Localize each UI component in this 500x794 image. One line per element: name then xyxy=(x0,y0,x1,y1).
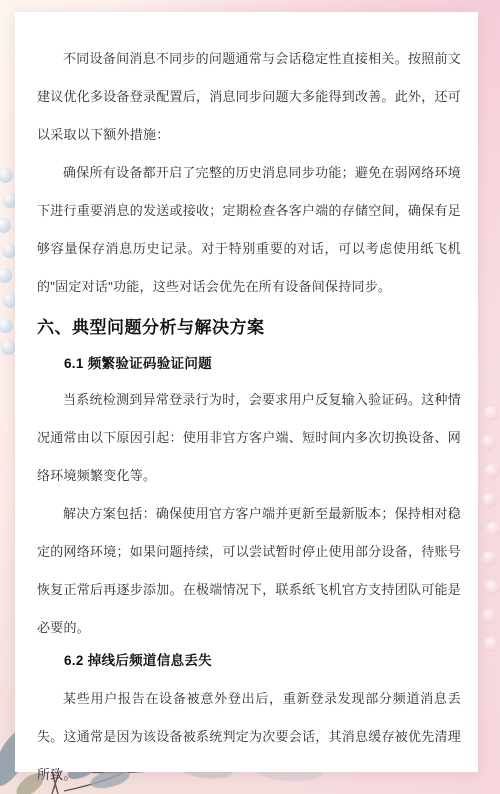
subsection-title-6-1: 6.1 频繁验证码验证问题 xyxy=(37,354,461,373)
pearl-icon xyxy=(0,218,11,233)
paragraph-extra-measures: 确保所有设备都开启了完整的历史消息同步功能；避免在弱网络环境下进行重要消息的发送… xyxy=(37,154,461,306)
pearl-icon xyxy=(486,522,500,537)
pearl-icon xyxy=(1,340,16,355)
pearl-icon xyxy=(0,268,12,283)
section-heading: 六、典型问题分析与解决方案 xyxy=(37,316,461,340)
pearl-icon xyxy=(482,551,497,566)
pearl-icon xyxy=(484,406,499,421)
paragraph-sync-intro: 不同设备间消息不同步的问题通常与会话稳定性直接相关。按照前文建议优化多设备登录配… xyxy=(37,40,461,154)
document-card: 不同设备间消息不同步的问题通常与会话稳定性直接相关。按照前文建议优化多设备登录配… xyxy=(15,12,478,772)
page-background: 不同设备间消息不同步的问题通常与会话稳定性直接相关。按照前文建议优化多设备登录配… xyxy=(0,0,500,794)
paragraph-captcha-solutions: 解决方案包括：确保使用官方客户端并更新至最新版本；保持相对稳定的网络环境；如果问… xyxy=(37,495,461,647)
pearl-icon xyxy=(481,435,496,450)
pearl-icon xyxy=(0,168,13,183)
pearl-icon xyxy=(485,464,500,479)
pearl-icon xyxy=(484,637,499,652)
subsection-title-6-2: 6.2 掉线后频道信息丢失 xyxy=(37,651,461,670)
pearl-icon xyxy=(482,609,497,624)
pearl-icon xyxy=(0,318,13,333)
pearl-icon xyxy=(482,493,497,508)
paragraph-captcha-causes: 当系统检测到异常登录行为时，会要求用户反复输入验证码。这种情况通常由以下原因引起… xyxy=(37,381,461,495)
pearl-icon xyxy=(485,580,500,595)
paragraph-channel-loss: 某些用户报告在设备被意外登出后，重新登录发现部分频道消息丢失。这通常是因为该设备… xyxy=(37,680,461,794)
